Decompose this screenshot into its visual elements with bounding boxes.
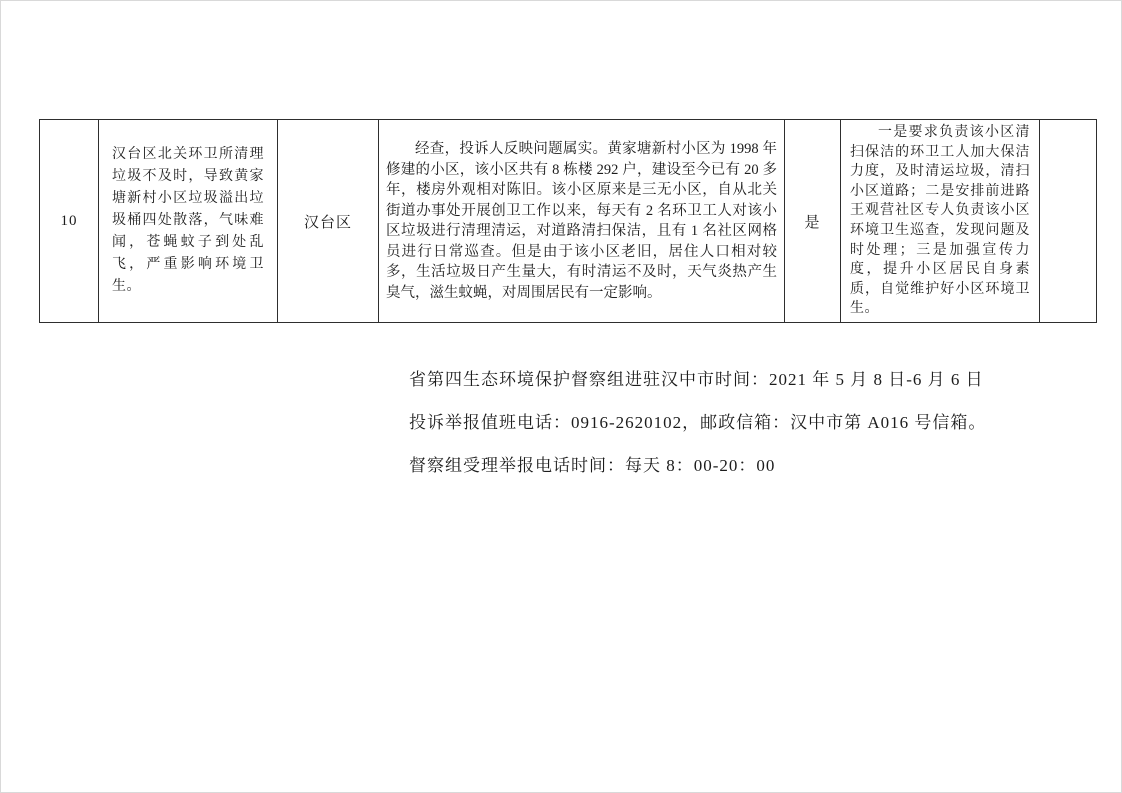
complaint-table: 10 汉台区北关环卫所清理垃圾不及时，导致黄家塘新村小区垃圾溢出垃圾桶四处散落，… bbox=[39, 119, 1097, 323]
cell-serial-number: 10 bbox=[40, 120, 99, 323]
footer-notes: 省第四生态环境保护督察组进驻汉中市时间：2021 年 5 月 8 日-6 月 6… bbox=[409, 369, 986, 498]
cell-district: 汉台区 bbox=[278, 120, 379, 323]
cell-verified: 是 bbox=[785, 120, 841, 323]
hotline-mailbox-line: 投诉举报值班电话：0916-2620102，邮政信箱：汉中市第 A016 号信箱… bbox=[409, 412, 986, 434]
inspection-period-line: 省第四生态环境保护督察组进驻汉中市时间：2021 年 5 月 8 日-6 月 6… bbox=[409, 369, 986, 391]
cell-investigation: 经查，投诉人反映问题属实。黄家塘新村小区为 1998 年修建的小区，该小区共有 … bbox=[379, 120, 785, 323]
investigation-text: 经查，投诉人反映问题属实。黄家塘新村小区为 1998 年修建的小区，该小区共有 … bbox=[379, 139, 784, 303]
complaint-text: 汉台区北关环卫所清理垃圾不及时，导致黄家塘新村小区垃圾溢出垃圾桶四处散落，气味难… bbox=[99, 144, 277, 298]
table-row: 10 汉台区北关环卫所清理垃圾不及时，导致黄家塘新村小区垃圾溢出垃圾桶四处散落，… bbox=[40, 120, 1097, 323]
document-page: 10 汉台区北关环卫所清理垃圾不及时，导致黄家塘新村小区垃圾溢出垃圾桶四处散落，… bbox=[0, 0, 1122, 793]
cell-remark bbox=[1040, 120, 1097, 323]
cell-measures: 一是要求负责该小区清扫保洁的环卫工人加大保洁力度，及时清运垃圾，清扫小区道路；二… bbox=[841, 120, 1040, 323]
hotline-hours-line: 督察组受理举报电话时间：每天 8：00-20：00 bbox=[409, 455, 986, 477]
measures-text: 一是要求负责该小区清扫保洁的环卫工人加大保洁力度，及时清运垃圾，清扫小区道路；二… bbox=[841, 123, 1039, 319]
cell-complaint: 汉台区北关环卫所清理垃圾不及时，导致黄家塘新村小区垃圾溢出垃圾桶四处散落，气味难… bbox=[99, 120, 278, 323]
